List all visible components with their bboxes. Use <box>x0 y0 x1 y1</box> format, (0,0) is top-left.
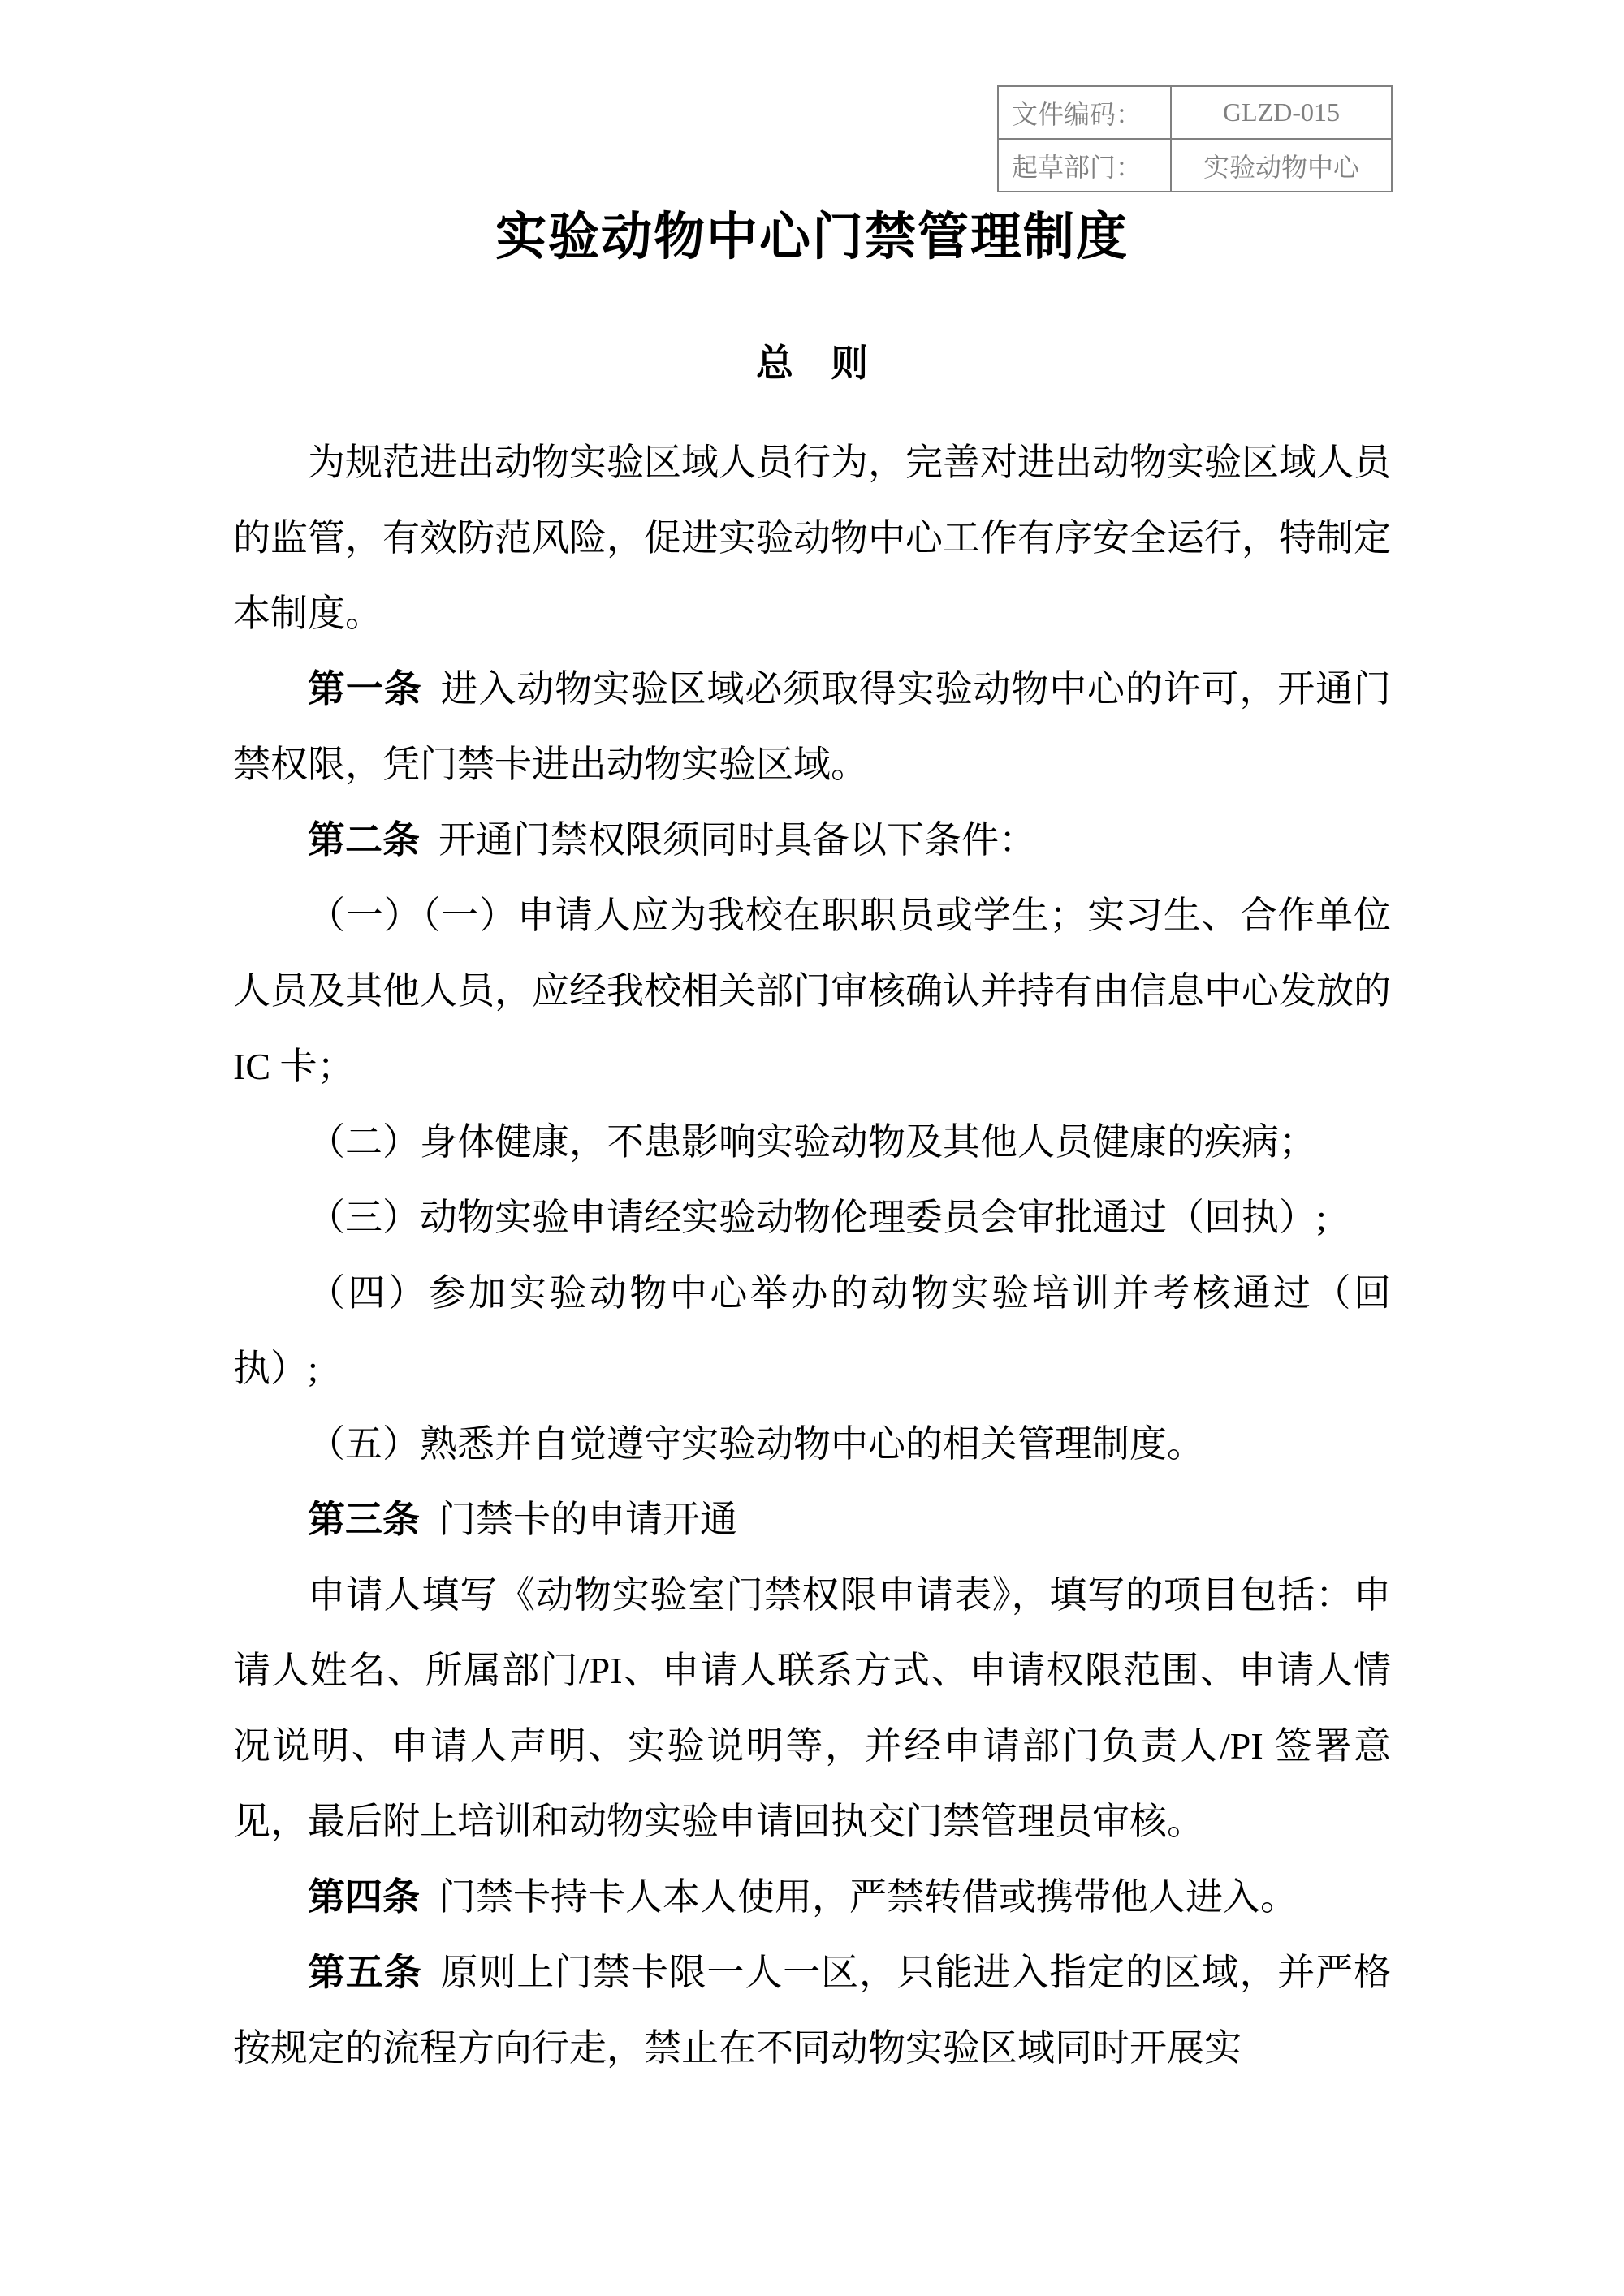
paragraph: 申请人填写《动物实验室门禁权限申请表》，填写的项目包括：申请人姓名、所属部门/P… <box>233 1557 1391 1859</box>
article-label: 第四条 <box>308 1876 420 1918</box>
paragraph-text: 开通门禁权限须同时具备以下条件： <box>438 819 1036 861</box>
paragraph-text: （三）动物实验申请经实验动物伦理委员会审批通过（回执）; <box>308 1197 1327 1238</box>
article-label: 第五条 <box>308 1952 422 1993</box>
document-meta-table: 文件编码： GLZD-015 起草部门： 实验动物中心 <box>997 85 1393 192</box>
paragraph: 第五条原则上门禁卡限一人一区，只能进入指定的区域，并严格按规定的流程方向行走，禁… <box>233 1935 1391 2086</box>
article-label: 第三条 <box>308 1499 420 1540</box>
paragraph: （一）（一）申请人应为我校在职职员或学生；实习生、合作单位人员及其他人员，应经我… <box>233 878 1391 1104</box>
document-title: 实验动物中心门禁管理制度 <box>0 209 1624 265</box>
paragraph: （五）熟悉并自觉遵守实验动物中心的相关管理制度。 <box>233 1406 1391 1482</box>
document-page: 文件编码： GLZD-015 起草部门： 实验动物中心 实验动物中心门禁管理制度… <box>0 0 1624 2296</box>
paragraph: 第三条门禁卡的申请开通 <box>233 1482 1391 1557</box>
article-label: 第二条 <box>308 819 420 861</box>
paragraph: （四）参加实验动物中心举办的动物实验培训并考核通过（回执）; <box>233 1255 1391 1406</box>
paragraph: （三）动物实验申请经实验动物伦理委员会审批通过（回执）; <box>233 1180 1391 1255</box>
paragraph-text: （四）参加实验动物中心举办的动物实验培训并考核通过（回执）; <box>233 1272 1391 1389</box>
paragraph-text: 门禁卡的申请开通 <box>438 1499 737 1540</box>
meta-row-doc-code: 文件编码： GLZD-015 <box>998 86 1392 139</box>
paragraph-text: （一）（一）申请人应为我校在职职员或学生；实习生、合作单位人员及其他人员，应经我… <box>233 895 1391 1087</box>
paragraph-text: 为规范进出动物实验区域人员行为，完善对进出动物实验区域人员的监管，有效防范风险，… <box>233 442 1391 634</box>
paragraph-text: 申请人填写《动物实验室门禁权限申请表》，填写的项目包括：申请人姓名、所属部门/P… <box>233 1574 1391 1842</box>
meta-label-doc-code: 文件编码： <box>998 86 1171 139</box>
section-heading: 总 则 <box>0 343 1624 384</box>
paragraph-text: （二）身体健康，不患影响实验动物及其他人员健康的疾病； <box>308 1121 1316 1163</box>
meta-label-draft-dept: 起草部门： <box>998 139 1171 192</box>
paragraph: 第四条门禁卡持卡人本人使用，严禁转借或携带他人进入。 <box>233 1859 1391 1935</box>
meta-value-doc-code: GLZD-015 <box>1171 86 1392 139</box>
meta-row-draft-dept: 起草部门： 实验动物中心 <box>998 139 1392 192</box>
paragraph: （二）身体健康，不患影响实验动物及其他人员健康的疾病； <box>233 1104 1391 1180</box>
paragraph-text: 门禁卡持卡人本人使用，严禁转借或携带他人进入。 <box>438 1876 1298 1918</box>
paragraph: 第二条开通门禁权限须同时具备以下条件： <box>233 802 1391 878</box>
document-body: 为规范进出动物实验区域人员行为，完善对进出动物实验区域人员的监管，有效防范风险，… <box>233 425 1391 2086</box>
article-label: 第一条 <box>308 668 422 710</box>
meta-value-draft-dept: 实验动物中心 <box>1171 139 1392 192</box>
paragraph-text: （五）熟悉并自觉遵守实验动物中心的相关管理制度。 <box>308 1423 1204 1465</box>
paragraph: 第一条进入动物实验区域必须取得实验动物中心的许可，开通门禁权限，凭门禁卡进出动物… <box>233 651 1391 802</box>
paragraph: 为规范进出动物实验区域人员行为，完善对进出动物实验区域人员的监管，有效防范风险，… <box>233 425 1391 651</box>
